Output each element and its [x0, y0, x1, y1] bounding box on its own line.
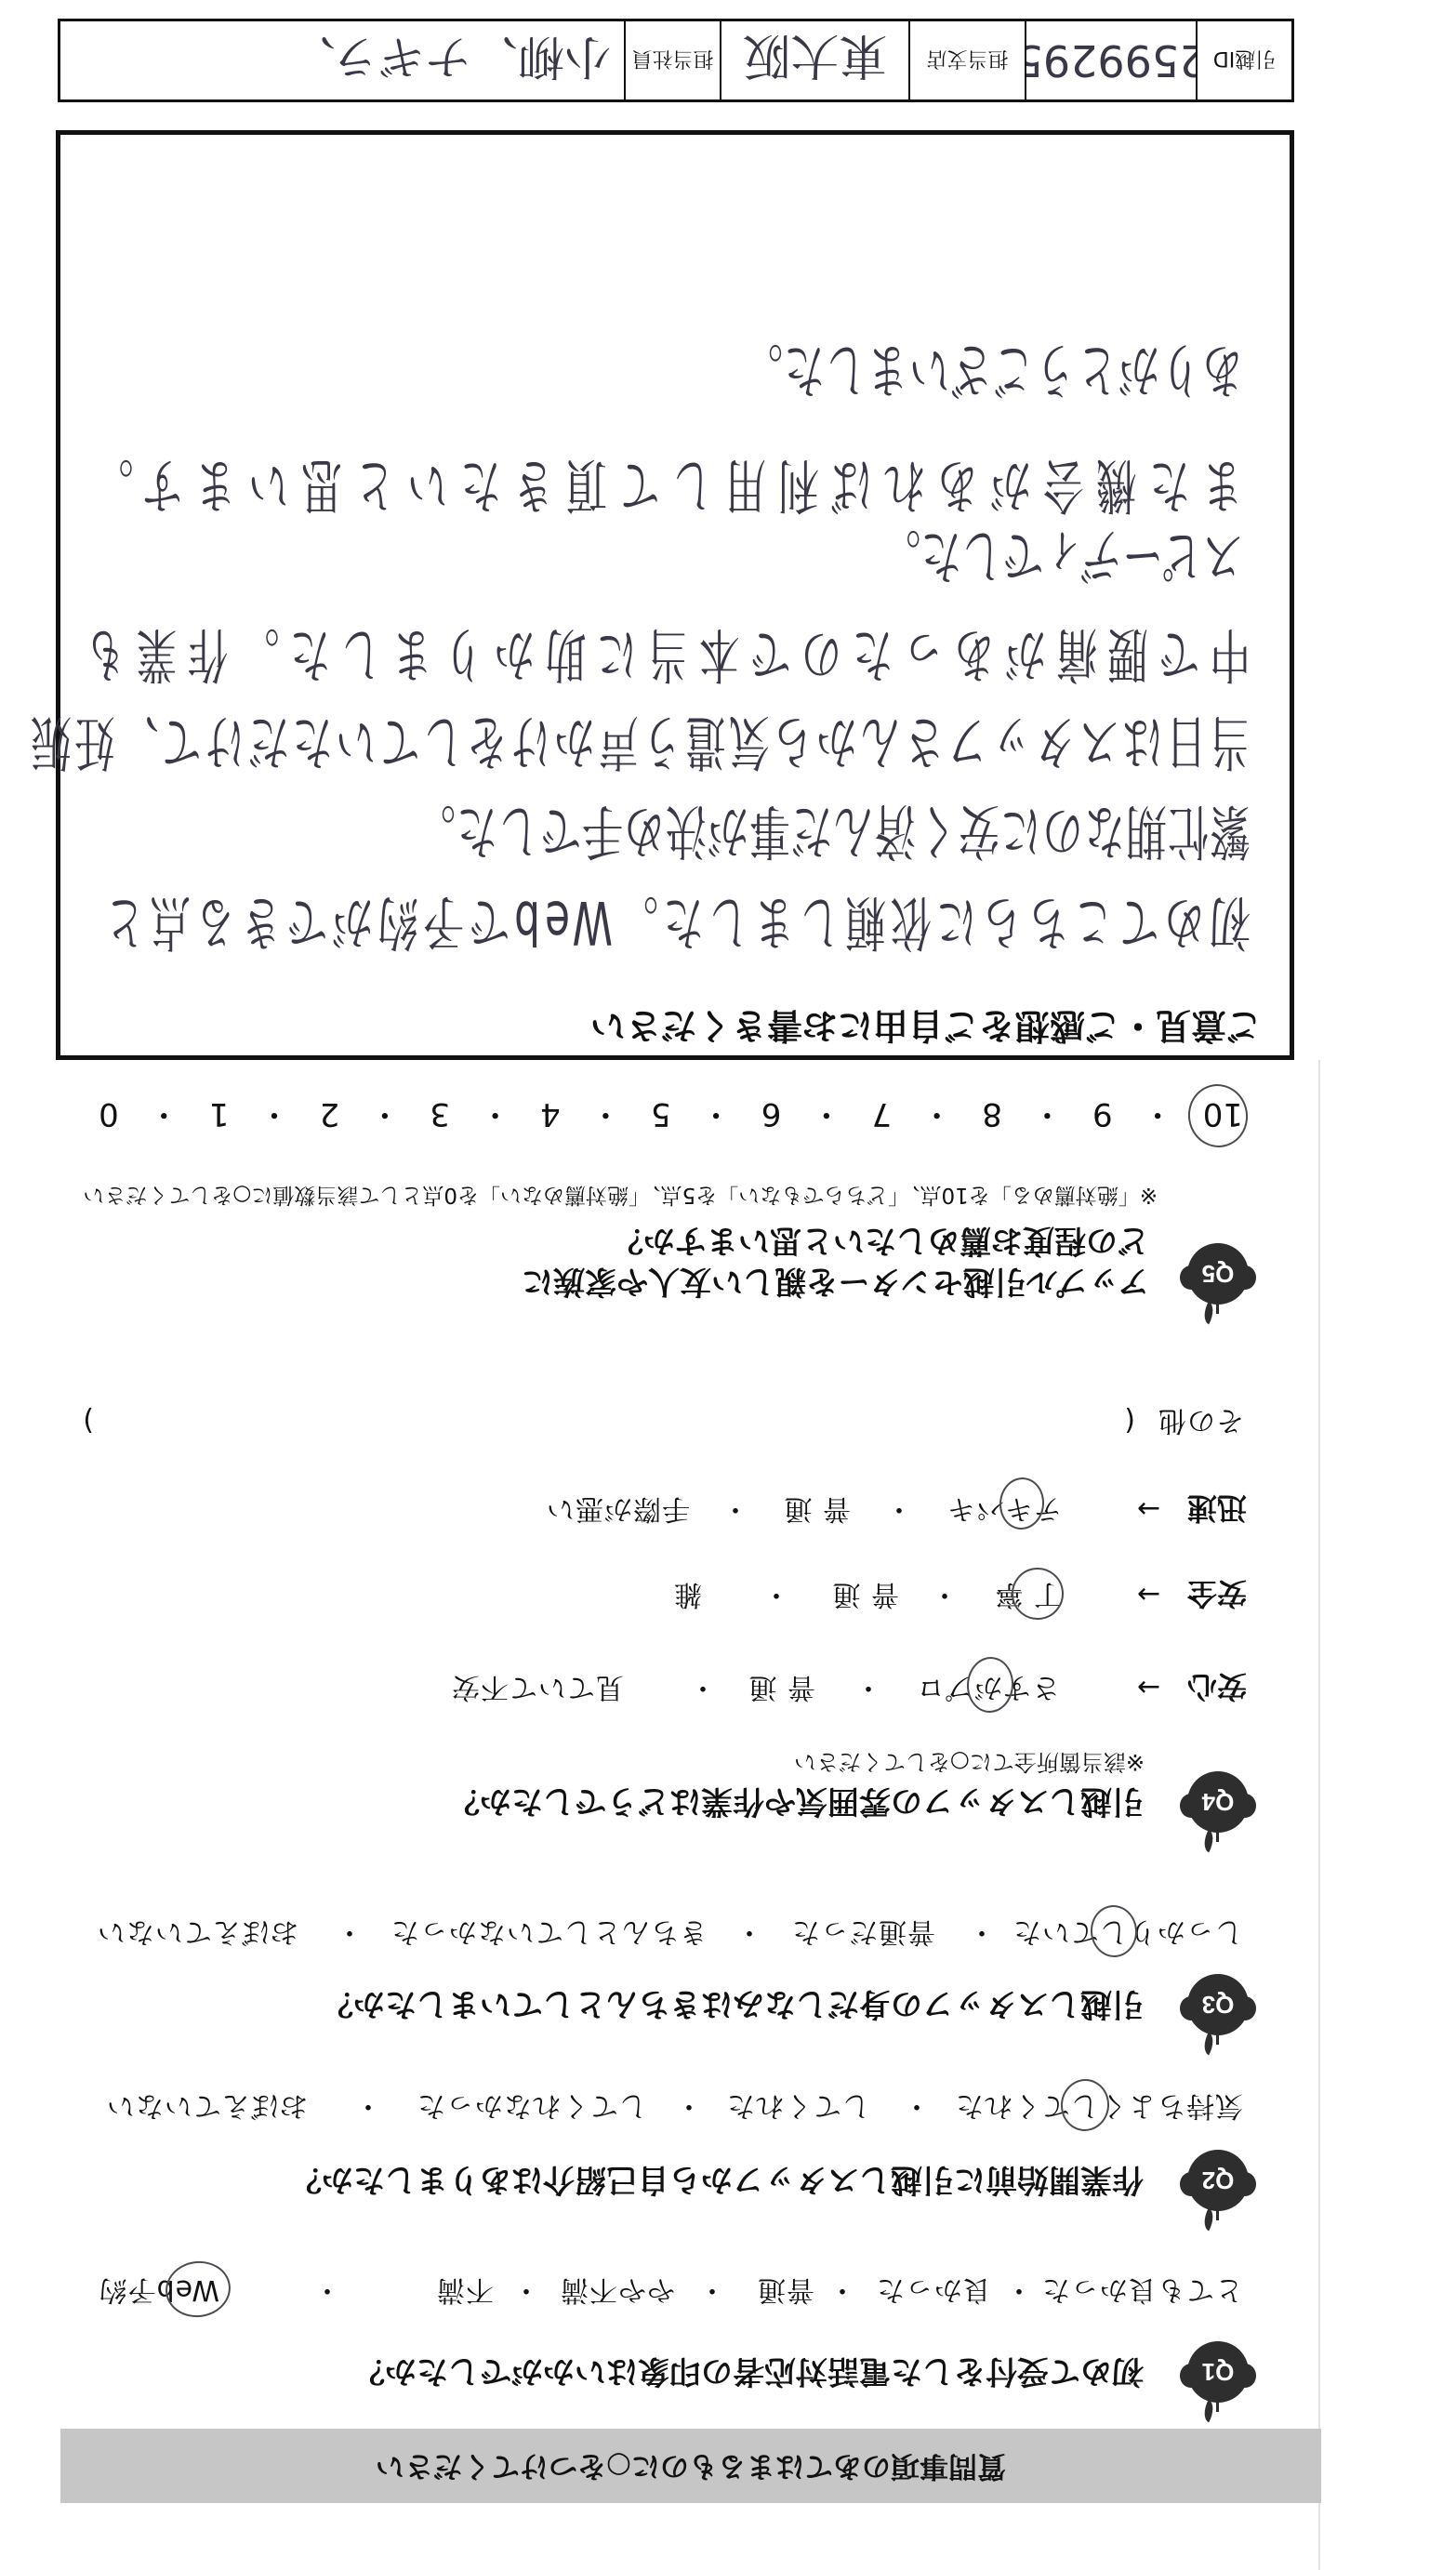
separator-dot: ・ — [854, 1673, 882, 1701]
arrow-right-icon: → — [1136, 1580, 1160, 1608]
q4-option: 見ていて不安 — [451, 1673, 624, 1701]
q5-question-line2: どの程度お薦めしたいと思いますか？ — [612, 1225, 1149, 1256]
move-id-value: 2599295 — [1025, 35, 1196, 86]
q4-other-open-paren: ( — [1123, 1406, 1135, 1434]
score-value: 2 — [320, 1098, 340, 1130]
q1-option: 良かった — [876, 2275, 991, 2303]
separator-dot: ・ — [353, 2091, 382, 2119]
q3-option: きちんとしていなかった — [390, 1917, 708, 1945]
q2-question-text: 作業開始前に引越しスタッフから自己紹介はありましたか？ — [290, 2164, 1144, 2195]
move-id-label-cell: 引越ID — [1196, 21, 1291, 99]
separator-dot: ・ — [480, 1098, 511, 1130]
q4-option: 雑 — [673, 1580, 702, 1608]
separator-dot: ・ — [688, 1673, 717, 1701]
q4-row-label-jinsoku: 迅速 — [1187, 1493, 1247, 1523]
branch-label: 担当支店 — [927, 46, 1009, 75]
separator-dot: ・ — [700, 1098, 732, 1130]
score-value: 1 — [209, 1098, 230, 1130]
q1-option: とても良かった — [1041, 2275, 1243, 2303]
question-number: Q1 — [1187, 2341, 1249, 2403]
q4-other-close-paren: ) — [82, 1406, 94, 1434]
staff-value-cell: 小柳、ナギラ、 — [60, 21, 624, 99]
separator-dot: ・ — [967, 1917, 996, 1945]
q4-row-label-anshin: 安心 — [1187, 1672, 1247, 1702]
separator-dot: ・ — [369, 1098, 401, 1130]
q2-option: してくれた — [726, 2091, 870, 2119]
q4-option: 普 通 — [783, 1494, 851, 1522]
question-number: Q3 — [1187, 1974, 1249, 2035]
q1-option: やや不満 — [560, 2275, 675, 2303]
q4-option: 普 通 — [748, 1673, 815, 1701]
separator-dot: ・ — [511, 2275, 540, 2303]
instruction-banner: 質問事項のあてはまるものに○をつけてください — [60, 2429, 1321, 2503]
q4-option: 手際が悪い — [546, 1494, 690, 1522]
handdrawn-circle-mark — [1184, 1080, 1253, 1152]
q1-apple-badge: Q1 — [1175, 2338, 1261, 2423]
handdrawn-circle-mark — [1058, 2076, 1112, 2133]
branch-value: 東大阪 — [743, 26, 888, 96]
handwritten-comment-line: ありがとうございました。 — [741, 338, 1243, 398]
q5-apple-badge: Q5 — [1175, 1239, 1261, 1325]
move-id-label: 引越ID — [1213, 46, 1276, 75]
score-value: 6 — [761, 1098, 782, 1130]
separator-dot: ・ — [721, 1494, 749, 1522]
separator-dot: ・ — [589, 1098, 621, 1130]
separator-dot: ・ — [674, 2091, 703, 2119]
arrow-right-icon: → — [1136, 1494, 1160, 1522]
separator-dot: ・ — [884, 1494, 913, 1522]
staff-label-cell: 担当社員 — [624, 21, 720, 99]
handdrawn-circle-mark — [965, 1655, 1015, 1714]
separator-dot: ・ — [735, 1917, 763, 1945]
question-number: Q4 — [1187, 1771, 1249, 1833]
q3-option: おぼえていない — [97, 1917, 298, 1945]
handwritten-comment-line: 初めてこちらに依頼しました。Webで予約ができる点と — [99, 891, 1251, 950]
handwritten-comment-line: 繁忙期なのに安く済んだ事が決め手でした。 — [414, 800, 1251, 859]
separator-dot: ・ — [1031, 1098, 1063, 1130]
handdrawn-circle-mark — [1089, 1903, 1140, 1959]
separator-dot: ・ — [902, 2091, 931, 2119]
separator-dot: ・ — [761, 1580, 790, 1608]
score-value: 0 — [99, 1098, 119, 1130]
separator-dot: ・ — [827, 2275, 856, 2303]
q4-other-label: その他 — [1158, 1406, 1244, 1434]
q4-apple-badge: Q4 — [1175, 1768, 1261, 1853]
handwritten-comment-line: 中で腰痛があったので本当に助かりました。作業も — [74, 623, 1251, 682]
separator-dot: ・ — [148, 1098, 179, 1130]
separator-dot: ・ — [335, 1917, 364, 1945]
question-number: Q2 — [1187, 2150, 1249, 2211]
separator-dot: ・ — [312, 2275, 341, 2303]
q4-row-label-anzen: 安全 — [1187, 1579, 1247, 1609]
handdrawn-circle-mark — [162, 2257, 234, 2321]
separator-dot: ・ — [921, 1098, 953, 1130]
branch-label-cell: 担当支店 — [908, 21, 1025, 99]
handwritten-comment-line: スピーディでした。 — [880, 524, 1243, 584]
separator-dot: ・ — [258, 1098, 290, 1130]
score-value: 5 — [651, 1098, 671, 1130]
handdrawn-circle-mark — [1009, 1565, 1066, 1623]
staff-info-box: 引越ID 2599295 担当支店 東大阪 担当社員 小柳、ナギラ、 — [58, 19, 1294, 102]
separator-dot: ・ — [811, 1098, 842, 1130]
score-value: 4 — [540, 1098, 561, 1130]
staff-label: 担当社員 — [632, 46, 714, 75]
separator-dot: ・ — [1004, 2275, 1033, 2303]
question-number: Q5 — [1187, 1243, 1249, 1305]
q5-question-line1: アップル引越センターを親しい友人や家族に — [522, 1265, 1149, 1297]
q1-option: 不満 — [436, 2275, 494, 2303]
separator-dot: ・ — [1142, 1098, 1173, 1130]
score-value: 8 — [982, 1098, 1002, 1130]
q4-note: ※該当箇所全てに○をしてください — [794, 1751, 1145, 1773]
q4-option: 普 通 — [831, 1580, 899, 1608]
q5-score-scale: 10 ・ 9 ・ 8 ・ 7 ・ 6 ・ 5 ・ 4 ・ 3 ・ 2 ・ 1 ・… — [99, 1098, 1243, 1130]
comment-heading: ご意見・ご感想をご自由にお書きください — [590, 1008, 1262, 1043]
q4-question-text: 引越しスタッフの雰囲気や作業はどうでしたか？ — [448, 1785, 1144, 1817]
paper-edge-line — [1318, 1060, 1320, 2570]
q2-apple-badge: Q2 — [1175, 2146, 1261, 2232]
scanned-survey-page: 質問事項のあてはまるものに○をつけてください Q1 初めて受付をした電話対応者の… — [0, 0, 1456, 2570]
separator-dot: ・ — [930, 1580, 959, 1608]
form-sheet-rotated-180: 質問事項のあてはまるものに○をつけてください Q1 初めて受付をした電話対応者の… — [0, 0, 1456, 2570]
q1-question-text: 初めて受付をした電話対応者の印象はいかがでしたか？ — [353, 2355, 1144, 2387]
staff-value: 小柳、ナギラ、 — [289, 27, 611, 94]
separator-dot: ・ — [697, 2275, 726, 2303]
q3-apple-badge: Q3 — [1175, 1970, 1261, 2056]
q2-option: してくれなかった — [417, 2091, 647, 2119]
score-value: 3 — [430, 1098, 450, 1130]
score-value: 7 — [871, 1098, 892, 1130]
q1-option: 普通 — [757, 2275, 814, 2303]
arrow-right-icon: → — [1136, 1673, 1160, 1701]
q2-option: おぼえていない — [106, 2091, 308, 2119]
q3-option: 普通だった — [791, 1917, 935, 1945]
q3-question-text: 引越しスタッフの身だしなみはきちんとしていましたか？ — [322, 1988, 1144, 2020]
move-id-value-cell: 2599295 — [1025, 21, 1196, 99]
q5-note: ※「絶対薦める」を10点、「どちらでもない」を5点、「絶対薦めない」を0点として… — [83, 1184, 1158, 1205]
handwritten-comment-line: また機会があれば利用して頂きたいと思います。 — [81, 454, 1243, 513]
handwritten-comment-line: 当日はスタッフさんから気遣う声かけをしていただけて、妊娠 — [28, 710, 1251, 770]
score-value: 9 — [1092, 1098, 1113, 1130]
branch-value-cell: 東大阪 — [720, 21, 908, 99]
